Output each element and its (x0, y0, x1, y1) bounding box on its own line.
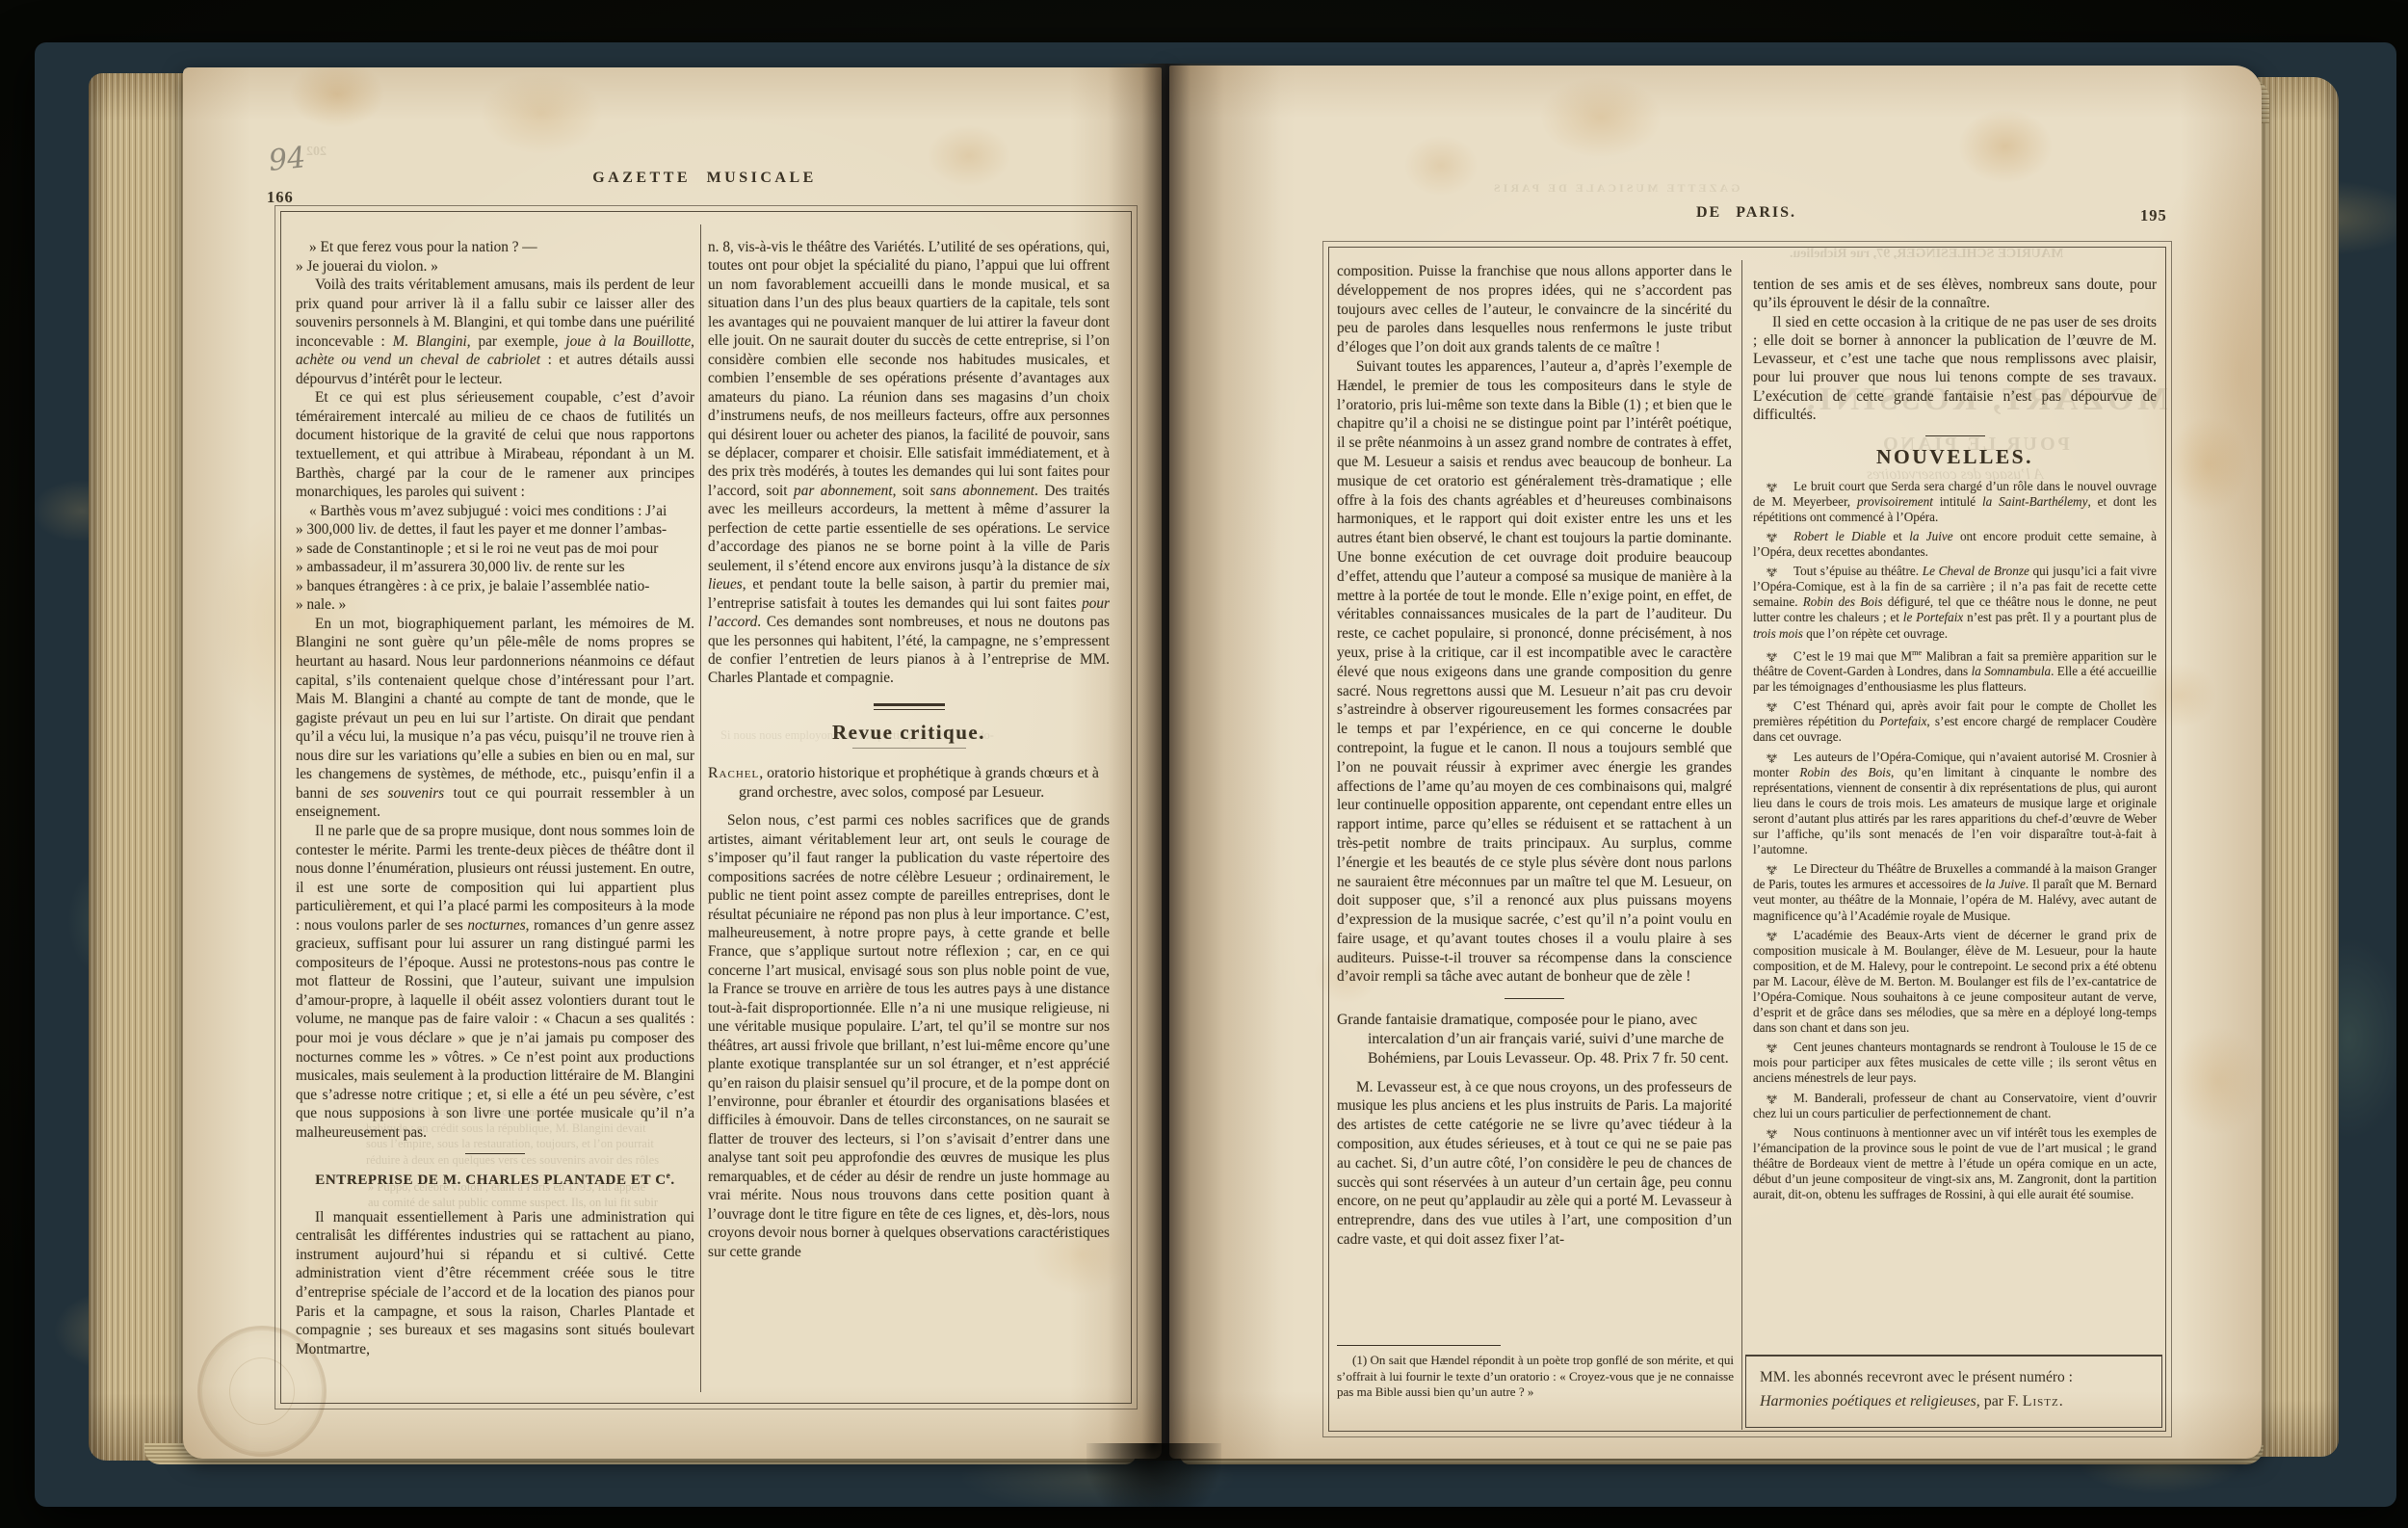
paragraph: M. Levasseur est, à ce que nous croyons,… (1337, 1078, 1732, 1250)
news-item: ⁂Cent jeunes chanteurs montagnards se re… (1753, 1040, 2157, 1086)
subscriber-announcement-box: MM. les abonnés recevront avec le présen… (1745, 1355, 2162, 1428)
news-item: ⁂Les auteurs de l’Opéra-Comique, qui n’a… (1753, 750, 2157, 858)
left-running-header: GAZETTE MUSICALE (275, 170, 1135, 187)
gutter-bottom-shadow (1086, 1443, 1221, 1528)
news-item: ⁂C’est Thénard qui, après avoir fait pou… (1753, 698, 2157, 745)
paragraph: Voilà des traits véritablement amusans, … (296, 276, 694, 388)
paragraph: Selon nous, c’est parmi ces nobles sacri… (708, 811, 1110, 1261)
paragraph: Suivant toutes les apparences, l’auteur … (1337, 357, 1732, 987)
paragraph: Il manquait essentiellement à Paris une … (296, 1208, 694, 1358)
asterism-icon: ⁂ (1767, 1040, 1791, 1055)
asterism-icon: ⁂ (1767, 750, 1791, 765)
news-item: ⁂C’est le 19 mai que Mme Malibran a fait… (1753, 645, 2157, 696)
news-item: ⁂L’académie des Beaux-Arts vient de déce… (1753, 928, 2157, 1037)
right-running-header: DE PARIS. (1323, 204, 2169, 222)
left-column-1: » Et que ferez vous pour la nation ? —» … (296, 238, 694, 1392)
news-item: ⁂Nous continuons à mentionner avec un vi… (1753, 1125, 2157, 1202)
work-title: Grande fantaisie dramatique, composée po… (1337, 1011, 1732, 1067)
paragraph: Il sied en cette occasion à la critique … (1753, 313, 2157, 425)
asterism-icon: ⁂ (1767, 479, 1791, 494)
asterism-icon: ⁂ (1767, 928, 1791, 943)
revue-critique-heading: Revue critique. (708, 724, 1110, 742)
thin-rule (852, 748, 966, 749)
paragraph: Il ne parle que de sa propre musique, do… (296, 822, 694, 1142)
footnote: (1) On sait que Hændel répondit à un poè… (1337, 1353, 1734, 1401)
news-item: ⁂Robert le Diable et la Juive ont encore… (1753, 529, 2157, 560)
separator-rule (1925, 435, 1985, 436)
quoted-lines: « Barthès vous m’avez subjugué : voici m… (296, 502, 694, 615)
news-item: ⁂Le Directeur du Théâtre de Bruxelles a … (1753, 861, 2157, 923)
work-title: Rachel, oratorio historique et prophétiq… (708, 764, 1110, 802)
separator-rule (1505, 998, 1564, 999)
book-photo-scene: 94 166 GAZETTE MUSICALE » Et que ferez v… (0, 0, 2408, 1528)
footnote-rule (1337, 1345, 1501, 1346)
separator-rule (465, 1153, 525, 1154)
asterism-icon: ⁂ (1767, 648, 1791, 664)
asterism-icon: ⁂ (1767, 564, 1791, 579)
left-column-2: n. 8, vis-à-vis le théâtre des Variétés.… (708, 238, 1110, 1400)
asterism-icon: ⁂ (1767, 698, 1791, 714)
right-fore-edge-pages (2258, 77, 2339, 1457)
paragraph: Et ce qui est plus sérieusement coupable… (296, 388, 694, 501)
double-rule (874, 703, 945, 710)
asterism-icon: ⁂ (1767, 1091, 1791, 1106)
paragraph: composition. Puisse la franchise que nou… (1337, 262, 1732, 357)
asterism-icon: ⁂ (1767, 861, 1791, 877)
paragraph: En un mot, biographiquement parlant, les… (296, 615, 694, 822)
news-item: ⁂Tout s’épuise au théâtre. Le Cheval de … (1753, 564, 2157, 641)
asterism-icon: ⁂ (1767, 1125, 1791, 1141)
news-item: ⁂M. Banderali, professeur de chant au Co… (1753, 1091, 2157, 1121)
announcement-line-1: MM. les abonnés recevront avec le présen… (1760, 1365, 2150, 1389)
paragraph: tention de ses amis et de ses élèves, no… (1753, 276, 2157, 313)
quoted-lines: » Et que ferez vous pour la nation ? —» … (296, 238, 694, 276)
nouvelles-heading: NOUVELLES. (1753, 448, 2157, 466)
right-column-1-footnote: (1) On sait que Hændel répondit à un poè… (1337, 1345, 1734, 1428)
right-column-2: tention de ses amis et de ses élèves, no… (1753, 276, 2157, 1351)
asterism-icon: ⁂ (1767, 529, 1791, 544)
left-column-divider (700, 224, 701, 1392)
left-fore-edge-pages (89, 73, 187, 1461)
right-column-1: composition. Puisse la franchise que nou… (1337, 262, 1732, 1341)
entreprise-heading: ENTREPRISE DE M. CHARLES PLANTADE ET Ce. (296, 1168, 694, 1191)
left-page-number: 166 (267, 188, 294, 207)
news-item: ⁂Le bruit court que Serda sera chargé d’… (1753, 479, 2157, 525)
announcement-line-2: Harmonies poétiques et religieuses, par … (1760, 1389, 2150, 1413)
paragraph: n. 8, vis-à-vis le théâtre des Variétés.… (708, 238, 1110, 688)
right-column-divider (1741, 260, 1742, 1430)
